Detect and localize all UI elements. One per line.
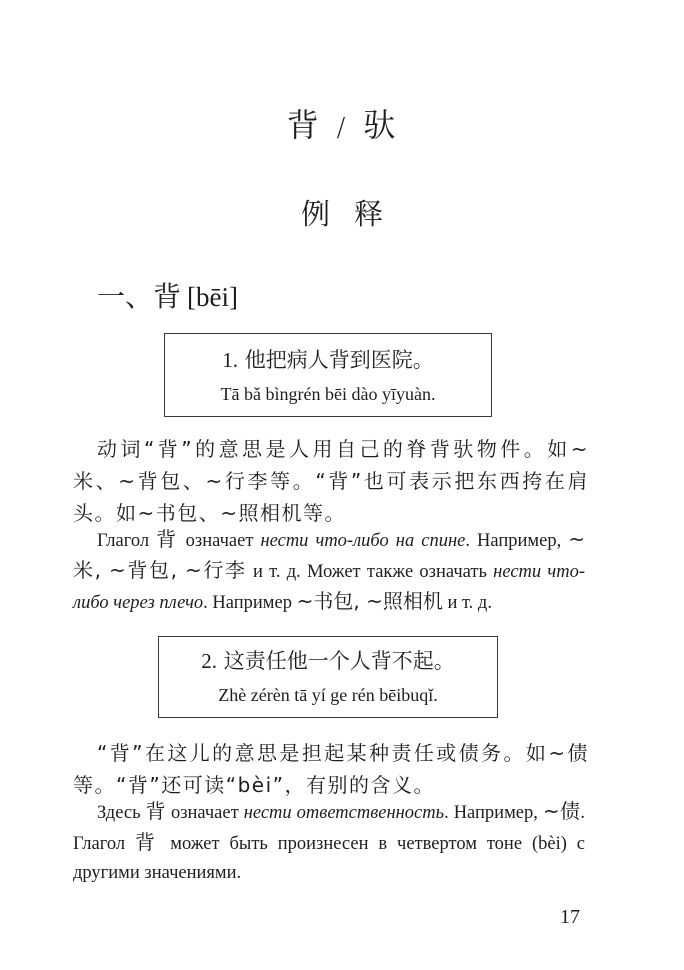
text-run: . Например	[203, 593, 296, 613]
explanation-1-russian: Глагол 背 означает нести что-либо на спин…	[73, 525, 585, 618]
text-run-cjk: 背	[135, 830, 160, 854]
example-box-2: 2. 这责任他一个人背不起。 Zhè zérèn tā yí ge rén bē…	[158, 636, 498, 718]
text-run: Глагол	[97, 531, 156, 551]
text-run: и т. д. Может также означать	[247, 562, 493, 582]
example-sentence: 这责任他一个人背不起。	[224, 649, 455, 673]
text-run: . Например,	[465, 531, 568, 551]
title-separator: /	[337, 113, 348, 143]
text-run-cjk: ~书包, ~照相机	[297, 589, 443, 613]
example-chinese: 2. 这责任他一个人背不起。	[159, 647, 497, 675]
text-run: и т. д.	[443, 593, 492, 613]
title-char-tuo: 驮	[363, 106, 397, 144]
section-pinyin: [bēi]	[187, 282, 238, 312]
text-run: означает	[179, 531, 261, 551]
subtitle-part2: 释	[354, 197, 383, 231]
text-run-cjk: 背	[156, 527, 178, 551]
section-subtitle: 例释	[0, 192, 684, 233]
example-number: 2.	[201, 649, 217, 673]
example-pinyin: Zhè zérèn tā yí ge rén bēibuqǐ.	[159, 683, 497, 707]
text-run-italic: нести что-либо на спине	[260, 531, 465, 551]
title-char-bei: 背	[287, 106, 321, 144]
explanation-2-chinese: “背”在这儿的意思是担起某种责任或债务。如~债等。“背”还可读“bèi”，有别的…	[73, 737, 589, 801]
section-heading: 一、背[bēi]	[97, 275, 238, 315]
text-run: означает	[166, 803, 244, 823]
text-run-cjk: ~债	[543, 799, 581, 823]
text-run-italic: нести ответственность	[244, 803, 444, 823]
text-run: . Например,	[444, 803, 543, 823]
text-run-cjk: 背	[146, 799, 166, 823]
example-sentence: 他把病人背到医院。	[245, 348, 434, 372]
explanation-1-chinese: 动词“背”的意思是人用自己的脊背驮物件。如~米、~背包、~行李等。“背”也可表示…	[73, 433, 589, 529]
explanation-2-russian: Здесь 背 означает нести ответственность. …	[73, 797, 585, 888]
section-label: 一、背	[97, 280, 181, 313]
example-pinyin: Tā bǎ bìngrén bēi dào yīyuàn.	[165, 382, 491, 406]
page-number: 17	[560, 906, 580, 929]
example-number: 1.	[222, 348, 238, 372]
example-chinese: 1. 他把病人背到医院。	[165, 346, 491, 374]
page-title: 背/驮	[0, 100, 684, 146]
text-run: Здесь	[97, 803, 146, 823]
example-box-1: 1. 他把病人背到医院。 Tā bǎ bìngrén bēi dào yīyuà…	[164, 333, 492, 417]
subtitle-part1: 例	[301, 197, 330, 231]
